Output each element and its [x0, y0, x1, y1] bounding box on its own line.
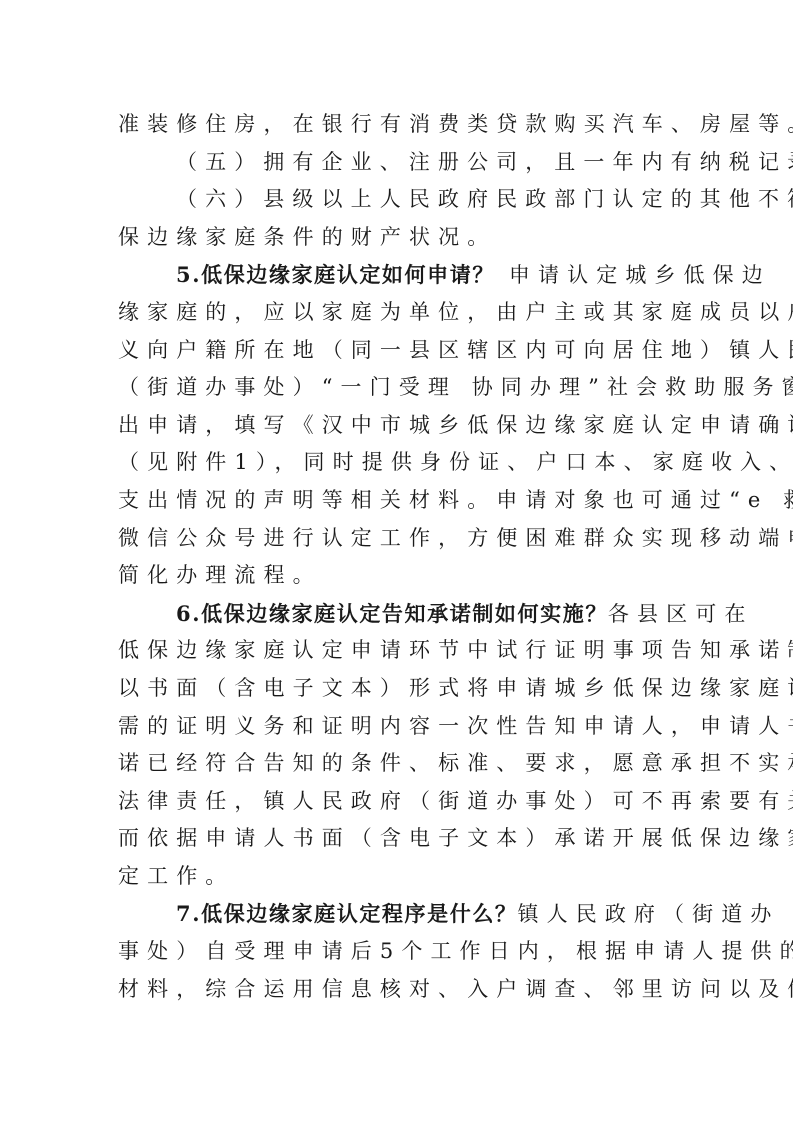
paragraph-text: 申请认定城乡低保边	[495, 263, 771, 287]
paragraph-line: （见附件1），同时提供身份证、户口本、家庭收入、财产及	[118, 444, 678, 482]
paragraph-text: 各县区可在	[608, 602, 754, 626]
paragraph-line: 事处）自受理申请后5个工作日内，根据申请人提供的相关	[118, 933, 678, 971]
paragraph-line: 义向户籍所在地（同一县区辖区内可向居住地）镇人民政府	[118, 332, 678, 370]
paragraph-line: 低保边缘家庭认定申请环节中试行证明事项告知承诺制，即	[118, 632, 678, 670]
paragraph-text: 镇人民政府（街道办	[518, 902, 780, 926]
paragraph-line: 微信公众号进行认定工作，方便困难群众实现移动端申请，	[118, 520, 678, 558]
section-5-heading: 5.低保边缘家庭认定如何申请？	[176, 262, 495, 287]
document-page: 准装修住房，在银行有消费类贷款购买汽车、房屋等。 （五）拥有企业、注册公司，且一…	[118, 106, 678, 1008]
section-5-first-line: 5.低保边缘家庭认定如何申请？申请认定城乡低保边	[118, 256, 678, 294]
section-6-first-line: 6.低保边缘家庭认定告知承诺制如何实施？各县区可在	[118, 595, 678, 633]
section-7-heading: 7.低保边缘家庭认定程序是什么？	[176, 901, 518, 926]
paragraph-line: 支出情况的声明等相关材料。申请对象也可通过“e 救助”	[118, 482, 678, 520]
paragraph-line: （六）县级以上人民政府民政部门认定的其他不符合低	[118, 181, 678, 219]
paragraph-line: 诺已经符合告知的条件、标准、要求，愿意承担不实承诺的	[118, 745, 678, 783]
paragraph-line: 材料，综合运用信息核对、入户调查、邻里访问以及信函索	[118, 971, 678, 1009]
paragraph-line: 保边缘家庭条件的财产状况。	[118, 219, 678, 257]
paragraph-line: 缘家庭的，应以家庭为单位，由户主或其家庭成员以户主名	[118, 294, 678, 332]
section-7-first-line: 7.低保边缘家庭认定程序是什么？镇人民政府（街道办	[118, 895, 678, 933]
paragraph-line: 简化办理流程。	[118, 557, 678, 595]
section-6-heading: 6.低保边缘家庭认定告知承诺制如何实施？	[176, 601, 608, 626]
paragraph-line: 而依据申请人书面（含电子文本）承诺开展低保边缘家庭认	[118, 820, 678, 858]
paragraph-line: 以书面（含电子文本）形式将申请城乡低保边缘家庭认定所	[118, 670, 678, 708]
paragraph-line: （五）拥有企业、注册公司，且一年内有纳税记录的。	[118, 144, 678, 182]
paragraph-line: 定工作。	[118, 858, 678, 896]
paragraph-line: 需的证明义务和证明内容一次性告知申请人，申请人书面承	[118, 708, 678, 746]
paragraph-line: 法律责任，镇人民政府（街道办事处）可不再索要有关证明	[118, 783, 678, 821]
paragraph-line: 出申请，填写《汉中市城乡低保边缘家庭认定申请确认表》	[118, 407, 678, 445]
paragraph-line: （街道办事处）“一门受理 协同办理”社会救助服务窗口提	[118, 369, 678, 407]
paragraph-line: 准装修住房，在银行有消费类贷款购买汽车、房屋等。	[118, 106, 678, 144]
